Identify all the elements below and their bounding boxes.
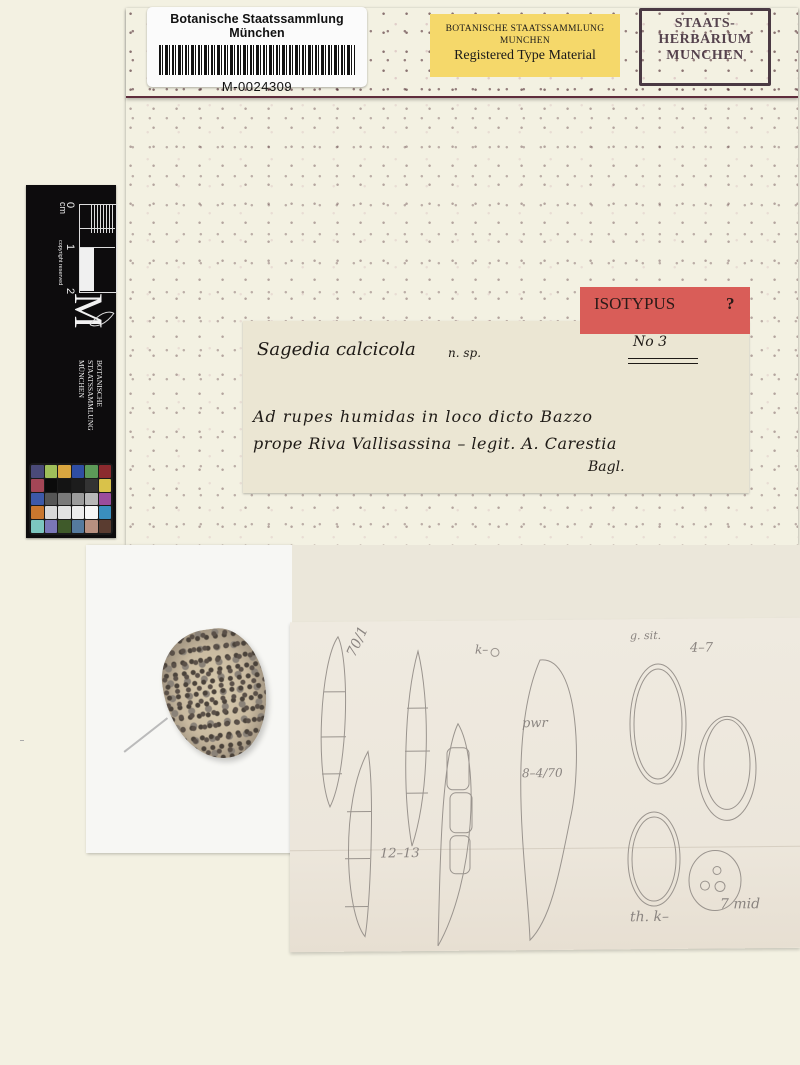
- color-swatch: [58, 493, 71, 506]
- drawing-sheet-fold: [292, 545, 800, 625]
- taxon-status: n. sp.: [448, 346, 481, 360]
- stamp-line: MUNCHEN: [642, 48, 768, 64]
- type-label-line: MUNCHEN: [430, 36, 620, 46]
- ruler-divider: [80, 228, 115, 229]
- color-swatch: [99, 506, 112, 519]
- isotype-text: ISOTYPUS: [594, 294, 675, 314]
- isotype-mark: ?: [726, 294, 735, 314]
- pencil-note: g. sit.: [630, 629, 661, 642]
- ruler-unit: cm: [58, 202, 68, 214]
- registered-type-label: BOTANISCHE STAATSSAMMLUNG MUNCHEN Regist…: [430, 14, 620, 77]
- color-swatch: [45, 465, 58, 478]
- lichen-specimen: [155, 623, 274, 766]
- color-swatch: [99, 465, 112, 478]
- locality-line: Ad rupes humidas in loco dicto Bazzo: [253, 407, 593, 426]
- color-swatch: [31, 493, 44, 506]
- color-swatch: [99, 493, 112, 506]
- color-swatch: [45, 479, 58, 492]
- type-label-line: BOTANISCHE STAATSSAMMLUNG: [430, 24, 620, 34]
- pencil-note: 8–4/70: [522, 766, 563, 780]
- color-swatch: [72, 506, 85, 519]
- color-swatch: [72, 479, 85, 492]
- color-calibration-chart: [29, 463, 113, 535]
- color-swatch: [58, 520, 71, 533]
- pointer-arrow-icon: [124, 717, 168, 752]
- color-swatch: [31, 465, 44, 478]
- catalog-number: M-0024309: [147, 79, 367, 94]
- pencil-note: th. k–: [630, 909, 669, 925]
- type-label-title: Registered Type Material: [430, 48, 620, 64]
- stamp-line: STAATS-: [642, 16, 768, 32]
- specimen-card: [86, 545, 292, 853]
- color-swatch: [85, 520, 98, 533]
- stray-mark: [20, 740, 24, 741]
- isotype-label: ISOTYPUS ?: [580, 287, 750, 334]
- pencil-note: 4–7: [690, 641, 713, 656]
- color-swatch: [31, 479, 44, 492]
- color-swatch: [45, 506, 58, 519]
- color-swatch: [58, 506, 71, 519]
- barcode-label: Botanische Staatssammlung München M-0024…: [147, 7, 367, 87]
- color-swatch: [31, 520, 44, 533]
- color-swatch: [99, 520, 112, 533]
- color-swatch: [58, 479, 71, 492]
- color-swatch: [45, 493, 58, 506]
- pencil-note: pwr: [522, 716, 548, 731]
- pencil-note: 7 mid: [720, 896, 760, 912]
- author-name: Bagl.: [588, 459, 625, 475]
- stamp-line: HERBARIUM: [642, 32, 768, 48]
- color-swatch: [99, 479, 112, 492]
- color-swatch: [58, 465, 71, 478]
- ruler-white-block: [80, 248, 94, 291]
- handwritten-label: Sagedia calcicola n. sp. No 3 Ad rupes h…: [243, 321, 749, 493]
- color-swatch: [85, 506, 98, 519]
- taxon-name: Sagedia calcicola: [257, 339, 416, 360]
- underline: [628, 358, 698, 364]
- specimen-number: No 3: [633, 334, 667, 350]
- copyright-text: copyright reserved: [57, 240, 63, 285]
- institution-name: Botanische Staatssammlung München: [147, 12, 367, 40]
- logo-text-line: STAATSSAMMLUNG: [86, 360, 95, 431]
- ruler-tick-1: 1: [64, 244, 76, 250]
- color-swatch: [72, 520, 85, 533]
- color-swatch: [72, 465, 85, 478]
- color-swatch: [85, 465, 98, 478]
- color-swatch: [72, 493, 85, 506]
- color-swatch: [85, 493, 98, 506]
- scale-color-card: 0 1 2 cm copyright reserved M BOTANISCHE…: [26, 185, 116, 538]
- spore-drawing-sheet: 70/1 k– pwr 8–4/70 12–13 g. sit. 4–7 th.…: [290, 618, 800, 952]
- logo-text-line: BOTANISCHE: [95, 360, 104, 407]
- herbarium-stamp: STAATS- HERBARIUM MUNCHEN: [639, 8, 771, 86]
- logo-text-line: MÜNCHEN: [77, 360, 86, 398]
- color-swatch: [31, 506, 44, 519]
- pencil-note: 12–13: [380, 846, 420, 861]
- color-swatch: [85, 479, 98, 492]
- barcode-icon: [159, 45, 355, 75]
- color-swatch: [45, 520, 58, 533]
- locality-line: prope Riva Vallisassina – legit. A. Care…: [253, 434, 617, 453]
- pencil-note: k–: [475, 642, 488, 656]
